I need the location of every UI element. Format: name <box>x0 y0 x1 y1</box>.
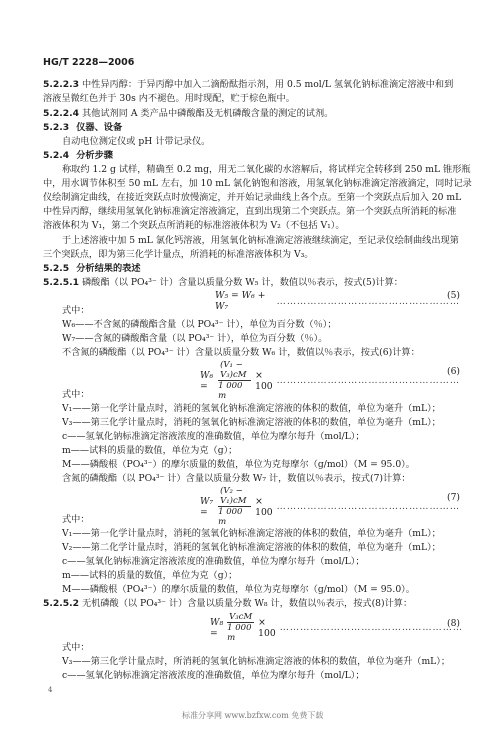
procedure-line: 仪绘制滴定曲线，在接近突跃点时放慢滴定，并开始记录曲线上各个点。至第一个突跃点后… <box>43 191 461 204</box>
definition: V₂——第二化学计量点时，消耗的氢氧化钠标准滴定溶液的体积的数值，单位为毫升（m… <box>62 541 441 554</box>
section-5251: 5.2.5.1 磷酸酯（以 PO₄³⁻ 计）含量以质量分数 W₅ 计，数值以％表… <box>43 276 403 289</box>
definition: c——氢氧化钠标准滴定溶液浓度的准确数值，单位为摩尔每升（mol/L）； <box>62 669 365 682</box>
definition: V₁——第一化学计量点时，消耗的氢氧化钠标准滴定溶液的体积的数值，单位为毫升（m… <box>62 402 441 415</box>
watermark-footer: 标准分享网 www.bzfxw.com 免费下载 <box>182 710 323 721</box>
section-523-heading: 5.2.3 仪器、设备 <box>43 121 122 134</box>
where-label: 式中： <box>62 641 90 654</box>
section-5223-line1: 5.2.2.3 中性异丙醇：于异丙醇中加入二滴酚酞指示剂，用 0.5 mol/L… <box>43 78 453 91</box>
equation-number: (5) <box>447 290 460 301</box>
intro-formula-7: 含氮的磷酸酯（以 PO₄³⁻ 计）含量以质量分数 W₇ 计，数值以％表示，按式(… <box>62 472 411 485</box>
section-5224: 5.2.2.4 其他试剂同 A 类产品中磷酸酯及无机磷酸含量的测定的试剂。 <box>43 107 333 120</box>
page-number: 4 <box>48 686 52 694</box>
definition: W₇——含氮的磷酸酯含量（以 PO₄³⁻ 计），单位为百分数（％）。 <box>62 332 327 345</box>
equation-number: (6) <box>447 366 460 377</box>
standard-id-header: HG/T 2228—2006 <box>43 57 134 68</box>
intro-formula-6: 不含氮的磷酸酯（以 PO₄³⁻ 计）含量以质量分数 W₆ 计，数值以％表示，按式… <box>62 346 420 359</box>
formula-5: W₅ = W₆ + W₇ ……………………………………………… (5) <box>215 290 460 304</box>
formula-8: W₈ = V₃cM 1 000 m × 100 …………………………………………… <box>210 612 460 636</box>
equation-number: (8) <box>447 618 460 629</box>
equation-number: (7) <box>447 492 460 503</box>
fraction: V₃cM 1 000 m <box>227 612 254 643</box>
procedure-line: 三个突跃点，即为第三化学计量点，所消耗的标准溶液体积为 V₃。 <box>43 248 314 261</box>
section-number: 5.2.2.3 <box>43 78 79 91</box>
definition: m——试料的质量的数值，单位为克（g）； <box>62 444 237 457</box>
definition: V₁——第一化学计量点时，消耗的氢氧化钠标准滴定溶液的体积的数值，单位为毫升（m… <box>62 527 441 540</box>
definition: m——试料的质量的数值，单位为克（g）； <box>62 569 237 582</box>
definition: c——氢氧化钠标准滴定溶液浓度的准确数值，单位为摩尔每升（mol/L）； <box>62 430 365 443</box>
section-5223-line2: 溶液呈微红色并于 30s 内不褪色。用时现配，贮于棕色瓶中。 <box>43 92 295 105</box>
formula-7: W₇ = (V₂ − V₁)cM 1 000 m × 100 ………………………… <box>200 486 460 510</box>
section-number: 5.2.2.4 <box>43 107 79 120</box>
formula-6: W₆ = (V₁ − V₃)cM 1 000 m × 100 ………………………… <box>200 360 460 384</box>
where-label: 式中： <box>62 513 90 526</box>
definition: M——磷酸根（PO₄³⁻）的摩尔质量的数值，单位为克每摩尔（g/mol）（M =… <box>62 458 415 471</box>
section-number: 5.2.5.1 <box>43 276 79 289</box>
section-5252: 5.2.5.2 无机磷酸（以 PO₄³⁻ 计）含量以质量分数 W₈ 计，数值以％… <box>43 597 412 610</box>
definition: V₃——第三化学计量点时，消耗的氢氧化钠标准滴定溶液的体积的数值，单位为毫升（m… <box>62 416 441 429</box>
where-label: 式中： <box>62 388 90 401</box>
definition: M——磷酸根（PO₄³⁻）的摩尔质量的数值，单位为克每摩尔（g/mol）（M =… <box>62 583 415 596</box>
fraction: (V₁ − V₃)cM 1 000 m <box>218 360 251 401</box>
section-525-heading: 5.2.5 分析结果的表述 <box>43 262 141 275</box>
where-label: 式中： <box>62 304 90 317</box>
procedure-line: 称取约 1.2 g 试样，精确至 0.2 mg，用无二氧化碳的水溶解后，将试样完… <box>62 163 471 176</box>
definition: W₆——不含氮的磷酸酯含量（以 PO₄³⁻ 计），单位为百分数（％）； <box>62 318 337 331</box>
section-524-heading: 5.2.4 分析步骤 <box>43 149 113 162</box>
fraction: (V₂ − V₁)cM 1 000 m <box>218 486 251 527</box>
definition: c——氢氧化钠标准滴定溶液浓度的准确数值，单位为摩尔每升（mol/L）； <box>62 555 365 568</box>
definition: V₃——第三化学计量点时，所消耗的氢氧化钠标准滴定溶液的体积的数值，单位为毫升（… <box>62 655 450 668</box>
procedure-line: 于上述溶液中加 5 mL 氯化钙溶液，用氢氧化钠标准滴定溶液继续滴定，至记录仪绘… <box>62 234 459 247</box>
section-number: 5.2.5.2 <box>43 597 79 610</box>
section-523-body: 自动电位测定仪或 pH 计带记录仪。 <box>62 135 210 148</box>
procedure-line: 溶液体积为 V₁，第二个突跃点所消耗的标准溶液体积为 V₂（不包括 V₁）。 <box>43 219 345 232</box>
procedure-line: 中，用水调节体积至 50 mL 左右，加 10 mL 氯化钠饱和溶液，用氢氧化钠… <box>43 177 472 190</box>
procedure-line: 中性异丙醇，继续用氢氧化钠标准滴定溶液滴定，直到出现第二个突跃点。第一个突跃点所… <box>43 205 456 218</box>
